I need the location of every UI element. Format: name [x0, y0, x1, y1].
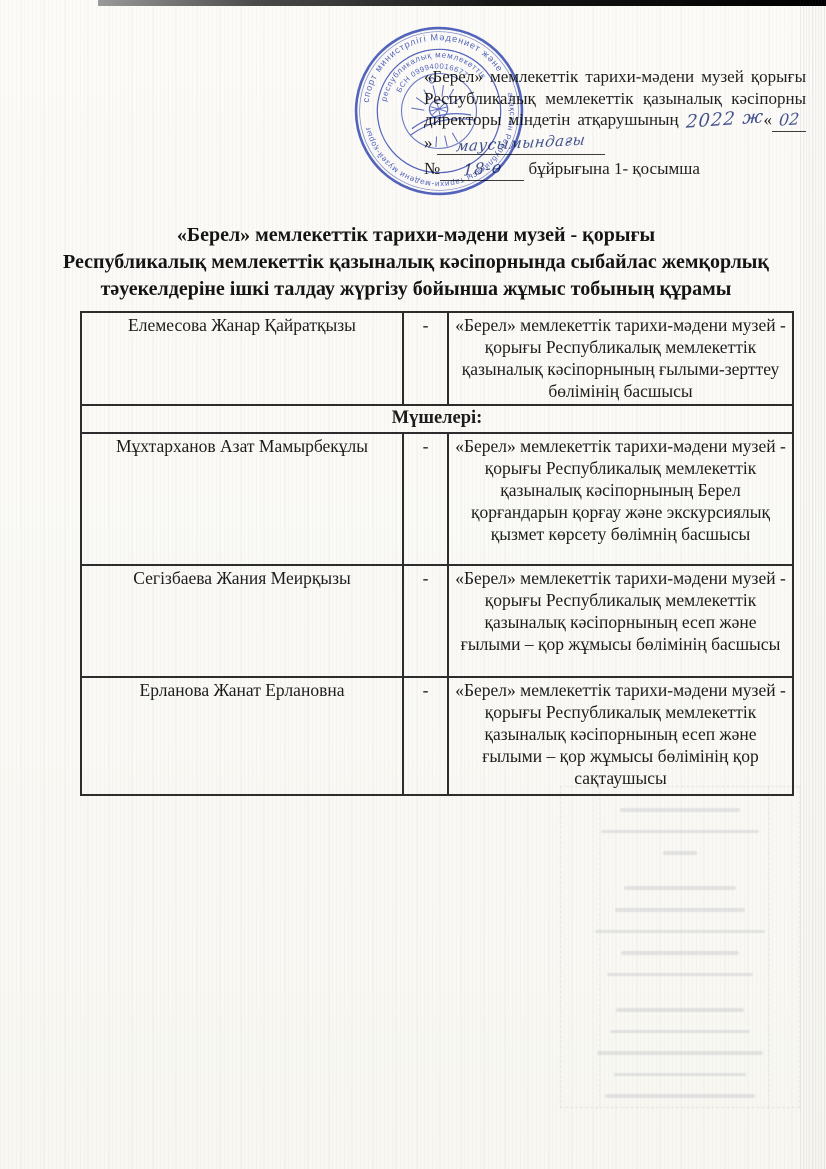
member-position: «Берел» мемлекеттік тарихи-мәдени музей …: [448, 433, 793, 565]
handwritten-day: 02: [778, 108, 800, 131]
bleed-grid-line: [768, 787, 769, 1107]
bleed-grid-line: [599, 787, 600, 1107]
member-name: Ерланова Жанат Ерлановна: [81, 677, 403, 795]
member-name: Мұхтарханов Азат Мамырбекұлы: [81, 433, 403, 565]
bleed-line: [615, 908, 745, 912]
dash-cell: -: [403, 312, 448, 405]
scanned-document-page: «Берел» мемлекеттік тарихи-мәдени музей …: [0, 0, 826, 1169]
scan-edge-shadow-top: [98, 0, 826, 6]
member-position: «Берел» мемлекеттік тарихи-мәдени музей …: [448, 312, 793, 405]
bleed-line: [601, 830, 759, 834]
member-name: Сегізбаева Жания Меирқызы: [81, 565, 403, 677]
section-header-row: Мүшелері:: [81, 405, 793, 433]
quote-open: «: [764, 110, 773, 129]
table-row: Мұхтарханов Азат Мамырбекұлы - «Берел» м…: [81, 433, 793, 565]
dash-cell: -: [403, 433, 448, 565]
table-row: Елемесова Жанар Қайратқызы - «Берел» мем…: [81, 312, 793, 405]
bleed-line: [621, 951, 739, 955]
bleed-line: [607, 973, 753, 977]
document-title: «Берел» мемлекеттік тарихи-мәдени музей …: [44, 222, 788, 303]
member-position: «Берел» мемлекеттік тарихи-мәдени музей …: [448, 677, 793, 795]
bleed-line: [610, 1030, 750, 1034]
order-text: бұйрығына 1- қосымша: [528, 159, 699, 178]
bleed-line: [624, 886, 736, 890]
bleed-line: [663, 851, 697, 855]
bleed-line: [620, 808, 740, 812]
stamp-emblem-icon: [399, 70, 480, 154]
title-line-3: тәуекелдеріне ішкі талдау жүргізу бойынш…: [44, 276, 788, 303]
title-line-1: «Берел» мемлекеттік тарихи-мәдени музей …: [44, 222, 788, 249]
table-row: Ерланова Жанат Ерлановна - «Берел» мемле…: [81, 677, 793, 795]
bleed-line: [614, 1073, 746, 1077]
handwritten-year: 2022 ж: [685, 106, 764, 133]
bleed-line: [597, 1051, 763, 1055]
working-group-table: Елемесова Жанар Қайратқызы - «Берел» мем…: [80, 311, 794, 796]
dash-cell: -: [403, 677, 448, 795]
bleed-line: [616, 1008, 744, 1012]
bleed-through-artifact: [560, 786, 800, 1108]
member-position: «Берел» мемлекеттік тарихи-мәдени музей …: [448, 565, 793, 677]
member-name: Елемесова Жанар Қайратқызы: [81, 312, 403, 405]
dash-cell: -: [403, 565, 448, 677]
bleed-line: [605, 1094, 755, 1098]
section-header: Мүшелері:: [81, 405, 793, 433]
official-round-stamp: спорт министрлігі Мәдениет және Қазақста…: [332, 4, 545, 217]
table-row: Сегізбаева Жания Меирқызы - «Берел» мемл…: [81, 565, 793, 677]
title-line-2: Республикалық мемлекеттік қазыналық кәсі…: [44, 249, 788, 276]
bleed-line: [595, 930, 765, 934]
